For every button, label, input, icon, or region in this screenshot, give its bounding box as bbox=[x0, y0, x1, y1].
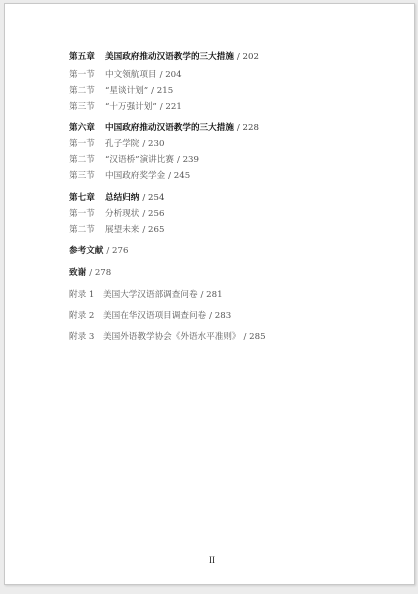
toc-entry-section: 第二节展望未来/ 265 bbox=[69, 225, 164, 236]
toc-entry-page: / 281 bbox=[201, 290, 223, 300]
toc-entry-section: 第一节孔子学院/ 230 bbox=[69, 139, 164, 150]
toc-entry-title: 分析现状 bbox=[105, 209, 139, 219]
toc-entry-title: “星谈计划” bbox=[105, 86, 148, 96]
toc-entry-page: / 245 bbox=[168, 171, 190, 181]
toc-entry-title: 美国在华汉语项目调查问卷 bbox=[103, 311, 206, 321]
toc-entry-label: 第五章 bbox=[69, 52, 105, 63]
toc-entry-appendix: 附录 3美国外语教学协会《外语水平准则》/ 285 bbox=[69, 332, 266, 343]
toc-entry-label: 附录 2 bbox=[69, 311, 103, 322]
toc-entry-title: 参考文献 bbox=[69, 246, 103, 256]
toc-entry-page: / 239 bbox=[177, 155, 199, 165]
page-number: II bbox=[209, 555, 215, 565]
toc-entry-title: 中文领航项目 bbox=[105, 70, 157, 80]
toc-entry-label: 第二节 bbox=[69, 86, 105, 97]
document-page: 第五章美国政府推动汉语教学的三大措施/ 202第一节中文领航项目/ 204第二节… bbox=[4, 3, 415, 585]
toc-entry-title: 致谢 bbox=[69, 268, 86, 278]
toc-entry-page: / 278 bbox=[89, 268, 111, 278]
toc-entry-title: 美国大学汉语部调查问卷 bbox=[103, 290, 198, 300]
toc-entry-label: 附录 3 bbox=[69, 332, 103, 343]
toc-entry-label: 第二节 bbox=[69, 225, 105, 236]
toc-entry-label: 附录 1 bbox=[69, 290, 103, 301]
toc-entry-title: 美国外语教学协会《外语水平准则》 bbox=[103, 332, 241, 342]
toc-entry-chapter: 第七章总结归纳/ 254 bbox=[69, 193, 164, 204]
toc-entry-single: 致谢/ 278 bbox=[69, 268, 111, 279]
toc-entry-label: 第六章 bbox=[69, 123, 105, 134]
toc-entry-page: / 204 bbox=[160, 70, 182, 80]
toc-entry-section: 第三节“十万强计划”/ 221 bbox=[69, 102, 182, 113]
toc-entry-title: 美国政府推动汉语教学的三大措施 bbox=[105, 52, 234, 62]
toc-entry-section: 第一节分析现状/ 256 bbox=[69, 209, 164, 220]
toc-entry-page: / 202 bbox=[237, 52, 259, 62]
toc-entry-page: / 228 bbox=[237, 123, 259, 133]
toc-entry-label: 第七章 bbox=[69, 193, 105, 204]
toc-entry-single: 参考文献/ 276 bbox=[69, 246, 128, 257]
toc-entry-chapter: 第六章中国政府推动汉语教学的三大措施/ 228 bbox=[69, 123, 259, 134]
toc-entry-label: 第三节 bbox=[69, 102, 105, 113]
toc-entry-page: / 276 bbox=[106, 246, 128, 256]
toc-entry-page: / 283 bbox=[209, 311, 231, 321]
toc-entry-appendix: 附录 2美国在华汉语项目调查问卷/ 283 bbox=[69, 311, 231, 322]
toc-entry-label: 第一节 bbox=[69, 209, 105, 220]
toc-entry-section: 第二节“汉语桥”演讲比赛/ 239 bbox=[69, 155, 199, 166]
toc-entry-title: 展望未来 bbox=[105, 225, 139, 235]
toc-entry-label: 第二节 bbox=[69, 155, 105, 166]
toc-entry-label: 第一节 bbox=[69, 70, 105, 81]
toc-entry-title: 中国政府推动汉语教学的三大措施 bbox=[105, 123, 234, 133]
toc-entry-label: 第一节 bbox=[69, 139, 105, 150]
toc-entry-section: 第一节中文领航项目/ 204 bbox=[69, 70, 182, 81]
toc-entry-appendix: 附录 1美国大学汉语部调查问卷/ 281 bbox=[69, 290, 223, 301]
toc-entry-chapter: 第五章美国政府推动汉语教学的三大措施/ 202 bbox=[69, 52, 259, 63]
toc-entry-title: “汉语桥”演讲比赛 bbox=[105, 155, 174, 165]
toc-entry-page: / 285 bbox=[244, 332, 266, 342]
toc-entry-label: 第三节 bbox=[69, 171, 105, 182]
toc-entry-page: / 254 bbox=[142, 193, 164, 203]
toc-entry-page: / 265 bbox=[142, 225, 164, 235]
toc-entry-section: 第三节中国政府奖学金/ 245 bbox=[69, 171, 190, 182]
toc-entry-section: 第二节“星谈计划”/ 215 bbox=[69, 86, 173, 97]
toc-entry-page: / 215 bbox=[151, 86, 173, 96]
toc-entry-page: / 256 bbox=[142, 209, 164, 219]
toc-entry-page: / 221 bbox=[160, 102, 182, 112]
toc-entry-title: 中国政府奖学金 bbox=[105, 171, 165, 181]
toc-entry-title: 总结归纳 bbox=[105, 193, 139, 203]
toc-entry-title: 孔子学院 bbox=[105, 139, 139, 149]
toc-entry-page: / 230 bbox=[142, 139, 164, 149]
toc-entry-title: “十万强计划” bbox=[105, 102, 157, 112]
